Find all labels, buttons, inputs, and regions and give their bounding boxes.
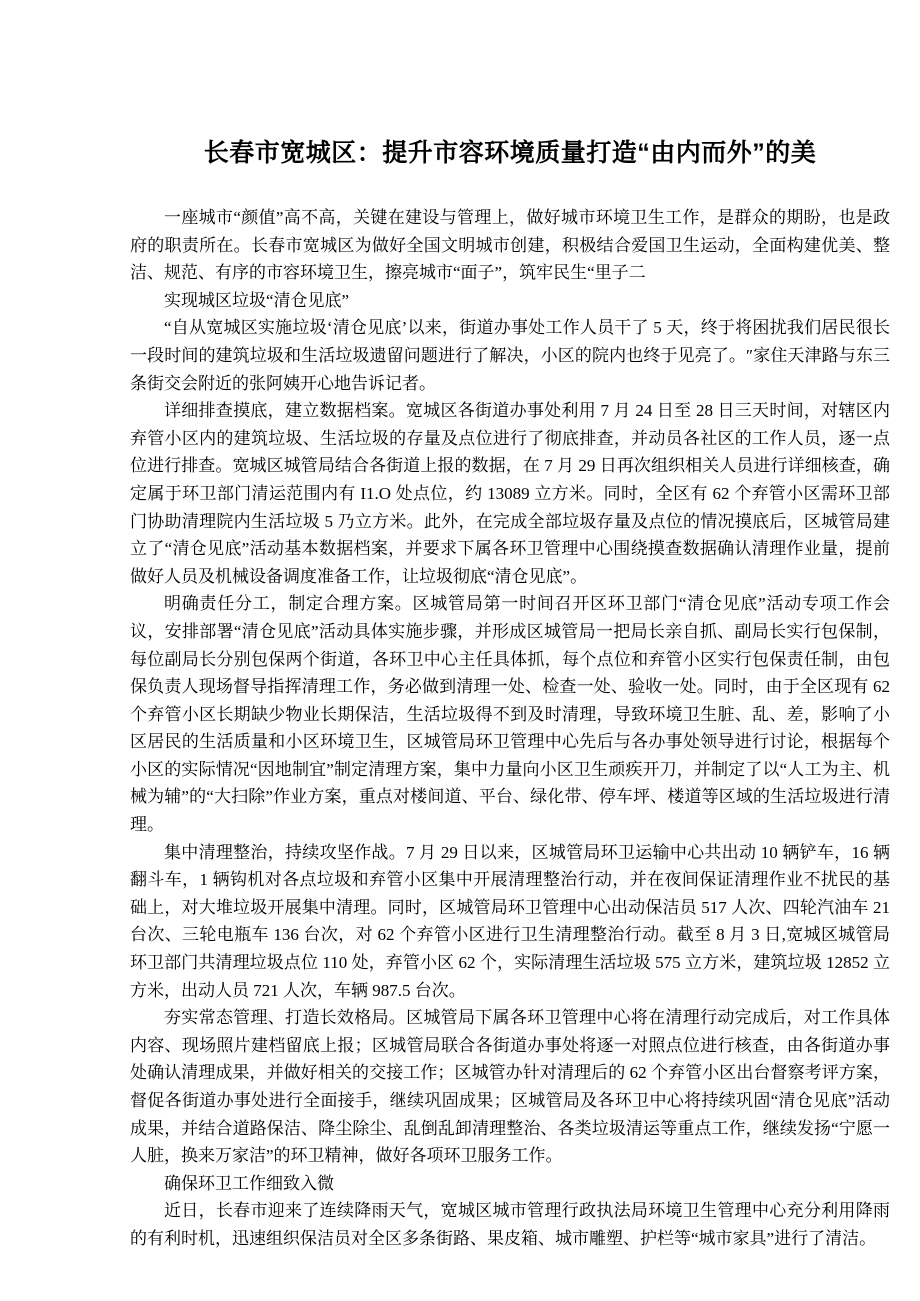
paragraph-responsibility-plan: 明确责任分工，制定合理方案。区城管局第一时间召开区环卫部门“清仓见底”活动专项工… <box>130 590 890 838</box>
paragraph-rain-cleaning: 近日，长春市迎来了连续降雨天气，宽城区城市管理行政执法局环境卫生管理中心充分利用… <box>130 1197 890 1252</box>
document-page: 长春市宽城区：提升市容环境质量打造“由内而外”的美 一座城市“颜值”高不高，关键… <box>0 0 920 1301</box>
paragraph-intro: 一座城市“颜值”高不高，关键在建设与管理上，做好城市环境卫生工作，是群众的期盼，… <box>130 204 890 287</box>
paragraph-longterm-management: 夯实常态管理、打造长效格局。区城管局下属各环卫管理中心将在清理行动完成后，对工作… <box>130 1004 890 1170</box>
section-heading-meticulous-sanitation: 确保环卫工作细致入微 <box>130 1170 890 1198</box>
document-title: 长春市宽城区：提升市容环境质量打造“由内而外”的美 <box>130 136 890 170</box>
paragraph-cleanup-campaign: 集中清理整治，持续攻坚作战。7 月 29 日以来，区城管局环卫运输中心共出动 1… <box>130 839 890 1005</box>
section-heading-qingcang-jiandi: 实现城区垃圾“清仓见底” <box>130 287 890 315</box>
paragraph-survey-data-archive: 详细排查摸底，建立数据档案。宽城区各街道办事处利用 7 月 24 日至 28 日… <box>130 397 890 590</box>
paragraph-resident-quote: “自从宽城区实施垃圾‘清仓见底’以来，街道办事处工作人员干了 5 天，终于将困扰… <box>130 314 890 397</box>
